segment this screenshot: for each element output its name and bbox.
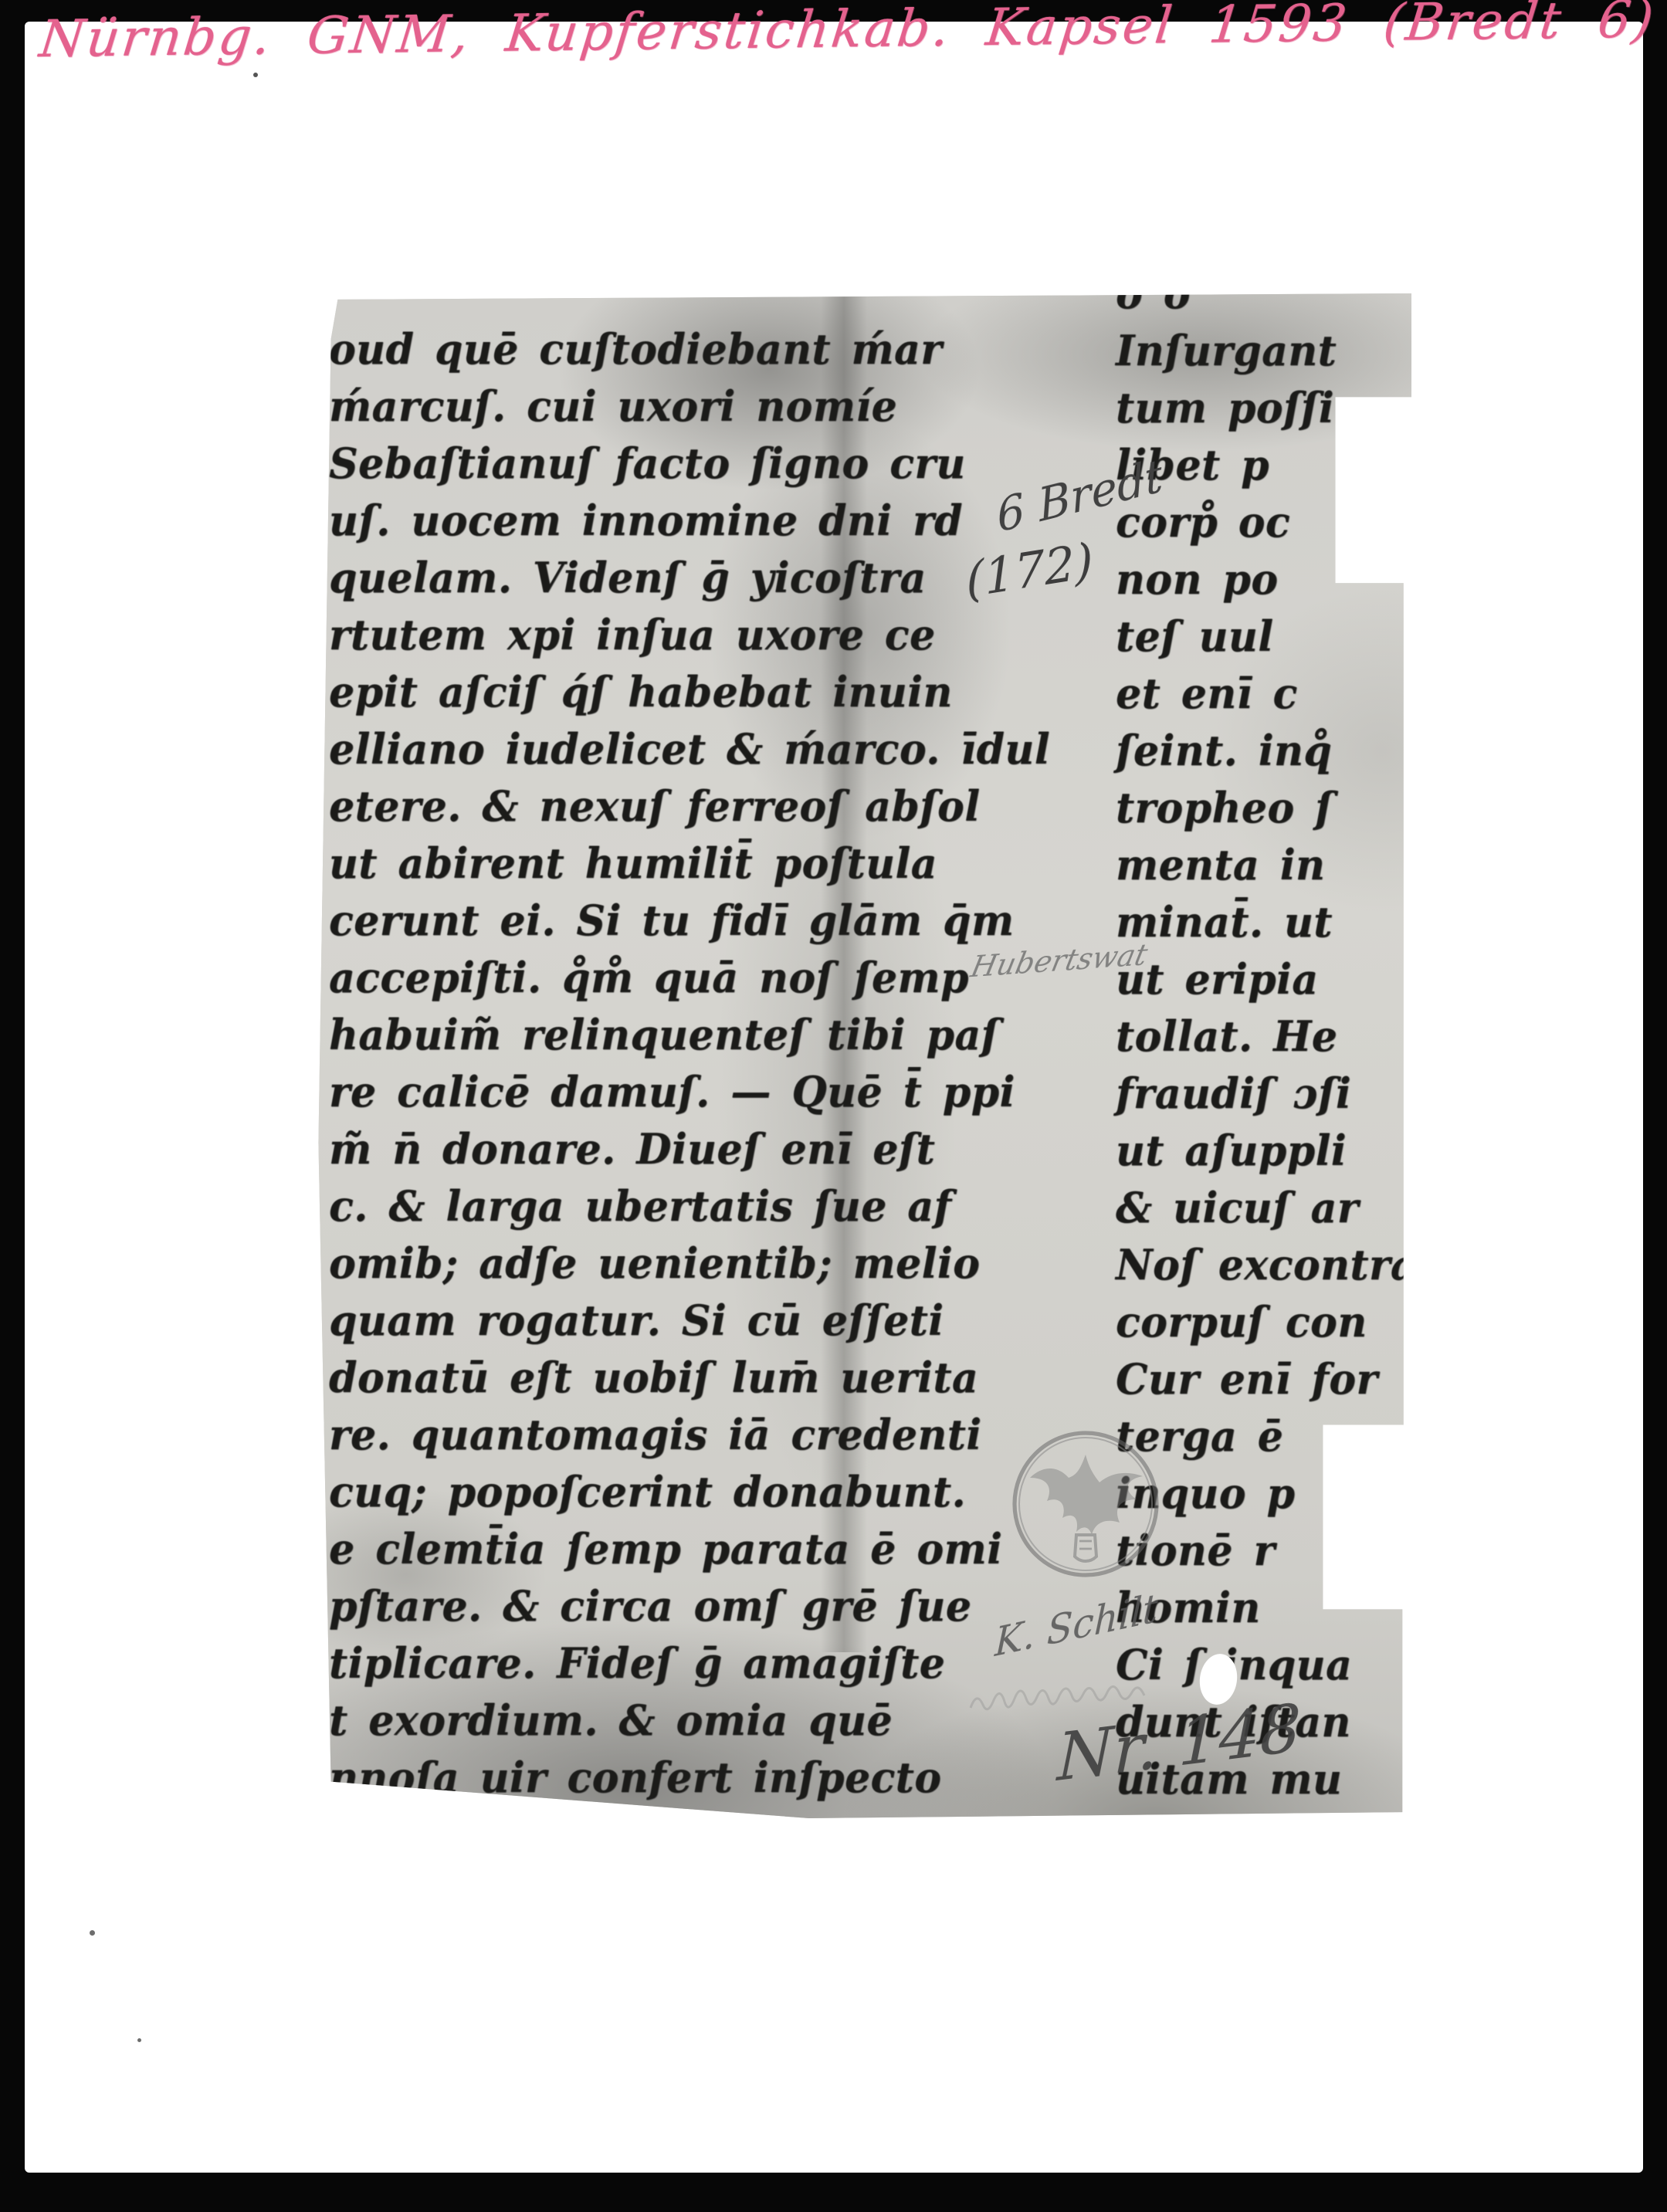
manuscript-text-line: epit aſciſ q́ſ habebat inuin bbox=[329, 662, 1050, 723]
manuscript-text-line: ſeint. inq̊ bbox=[1116, 721, 1417, 781]
manuscript-photo: oud quē cuſtodiebant ḿarḿarcuſ. cui uxor… bbox=[315, 293, 1450, 1818]
manuscript-text-line: quam rogatur. Si cū eſſeti bbox=[329, 1291, 1050, 1351]
manuscript-text-line: re calicē damuſ. — Quē t̄ ppi bbox=[329, 1062, 1050, 1123]
manuscript-text-line: ut abirent humilit̄ poſtula bbox=[329, 834, 1050, 894]
manuscript-text-line: & uicuſ ar bbox=[1116, 1178, 1417, 1238]
manuscript-text-line: uſ. uocem innomine dni rd bbox=[329, 491, 1050, 551]
manuscript-text-line: tiplicare. Fideſ ḡ amagiſte bbox=[329, 1634, 1050, 1694]
manuscript-text-line: pſtare. & circa omſ grē ſue bbox=[329, 1577, 1050, 1637]
manuscript-text-line: cerunt ei. Si tu fidī glām q̄m bbox=[329, 891, 1050, 951]
manuscript-text-line: quelam. Videnſ ḡ yicoſtra bbox=[329, 548, 1050, 608]
manuscript-text-line: ut eripia bbox=[1116, 950, 1417, 1010]
manuscript-text-line: e clemt̄ia ſemp parata ē omi bbox=[329, 1519, 1050, 1580]
manuscript-text-line: c. & larga ubertatis ſue af bbox=[329, 1177, 1050, 1237]
manuscript-text-line: t exordium. & omia quē bbox=[329, 1691, 1050, 1751]
manuscript-text-line: tollat. He bbox=[1116, 1007, 1417, 1067]
manuscript-text-line: donatū eſt uobiſ lum̄ uerita bbox=[329, 1348, 1050, 1408]
manuscript-text-line: elliano iudelicet & ḿarco. īdul bbox=[329, 720, 1050, 780]
manuscript-text-line: Noſ excontra bbox=[1116, 1235, 1417, 1296]
manuscript-text-line: omib; adſe uenientib; melio bbox=[329, 1234, 1050, 1294]
manuscript-text-line: cuq; popoſcerint donabunt. bbox=[329, 1462, 1050, 1523]
manuscript-text-line: o o bbox=[1116, 264, 1417, 324]
manuscript-text-line: tropheo ſ bbox=[1116, 778, 1417, 838]
manuscript-text-line: oud quē cuſtodiebant ḿar bbox=[329, 320, 1050, 380]
manuscript-text-line: corpuſ con bbox=[1116, 1292, 1417, 1353]
album-page: Nürnbg. GNM, Kupferstichkab. Kapsel 1593… bbox=[25, 22, 1643, 2173]
manuscript-text-line: etere. & nexuſ ferreoſ abſol bbox=[329, 777, 1050, 837]
paper-speck bbox=[90, 1930, 95, 1936]
manuscript-text-line: homin bbox=[1116, 1578, 1417, 1638]
eagle-stamp-icon bbox=[1008, 1427, 1163, 1581]
manuscript-text-line: Inſurgant bbox=[1116, 321, 1417, 381]
manuscript-text-line: minat̄. ut bbox=[1116, 893, 1417, 953]
manuscript-text-line: nnoſa uir confert inſpecto bbox=[329, 1748, 1050, 1808]
manuscript-text-line: fraudiſ ɔſi bbox=[1116, 1064, 1417, 1124]
paper-speck bbox=[253, 73, 258, 77]
manuscript-text-line: m̃ n̄ donare. Diueſ enī eſt bbox=[329, 1120, 1050, 1180]
manuscript-text-line: ut aſuppli bbox=[1116, 1121, 1417, 1181]
manuscript-text-line: accepiſti. q̊m̊ quā noſ ſemp bbox=[329, 948, 1050, 1008]
manuscript-text-line: habuim̃ relinquenteſ tibi paſ bbox=[329, 1005, 1050, 1065]
manuscript-text-line: ḿarcuſ. cui uxori nomíe bbox=[329, 377, 1050, 437]
manuscript-text-line: et enī c bbox=[1116, 664, 1417, 724]
manuscript-text-line: non po bbox=[1116, 550, 1417, 610]
manuscript-text-line: Cur enī for bbox=[1116, 1350, 1417, 1410]
manuscript-text-line: tum poſſir bbox=[1116, 378, 1417, 439]
manuscript-text-line: Sebaſtianuſ facto ſigno cru bbox=[329, 434, 1050, 494]
manuscript-text-line: teſ uul bbox=[1116, 607, 1417, 667]
archive-inscription: Nürnbg. GNM, Kupferstichkab. Kapsel 1593… bbox=[36, 0, 1509, 69]
manuscript-left-column: oud quē cuſtodiebant ḿarḿarcuſ. cui uxor… bbox=[329, 321, 1050, 1807]
manuscript-text-line: menta in bbox=[1116, 835, 1417, 896]
manuscript-text-line: rtutem xpi inſua uxore ce bbox=[329, 605, 1050, 666]
manuscript-text-line: re. quantomagis iā credenti bbox=[329, 1405, 1050, 1465]
paper-speck bbox=[137, 2038, 141, 2042]
